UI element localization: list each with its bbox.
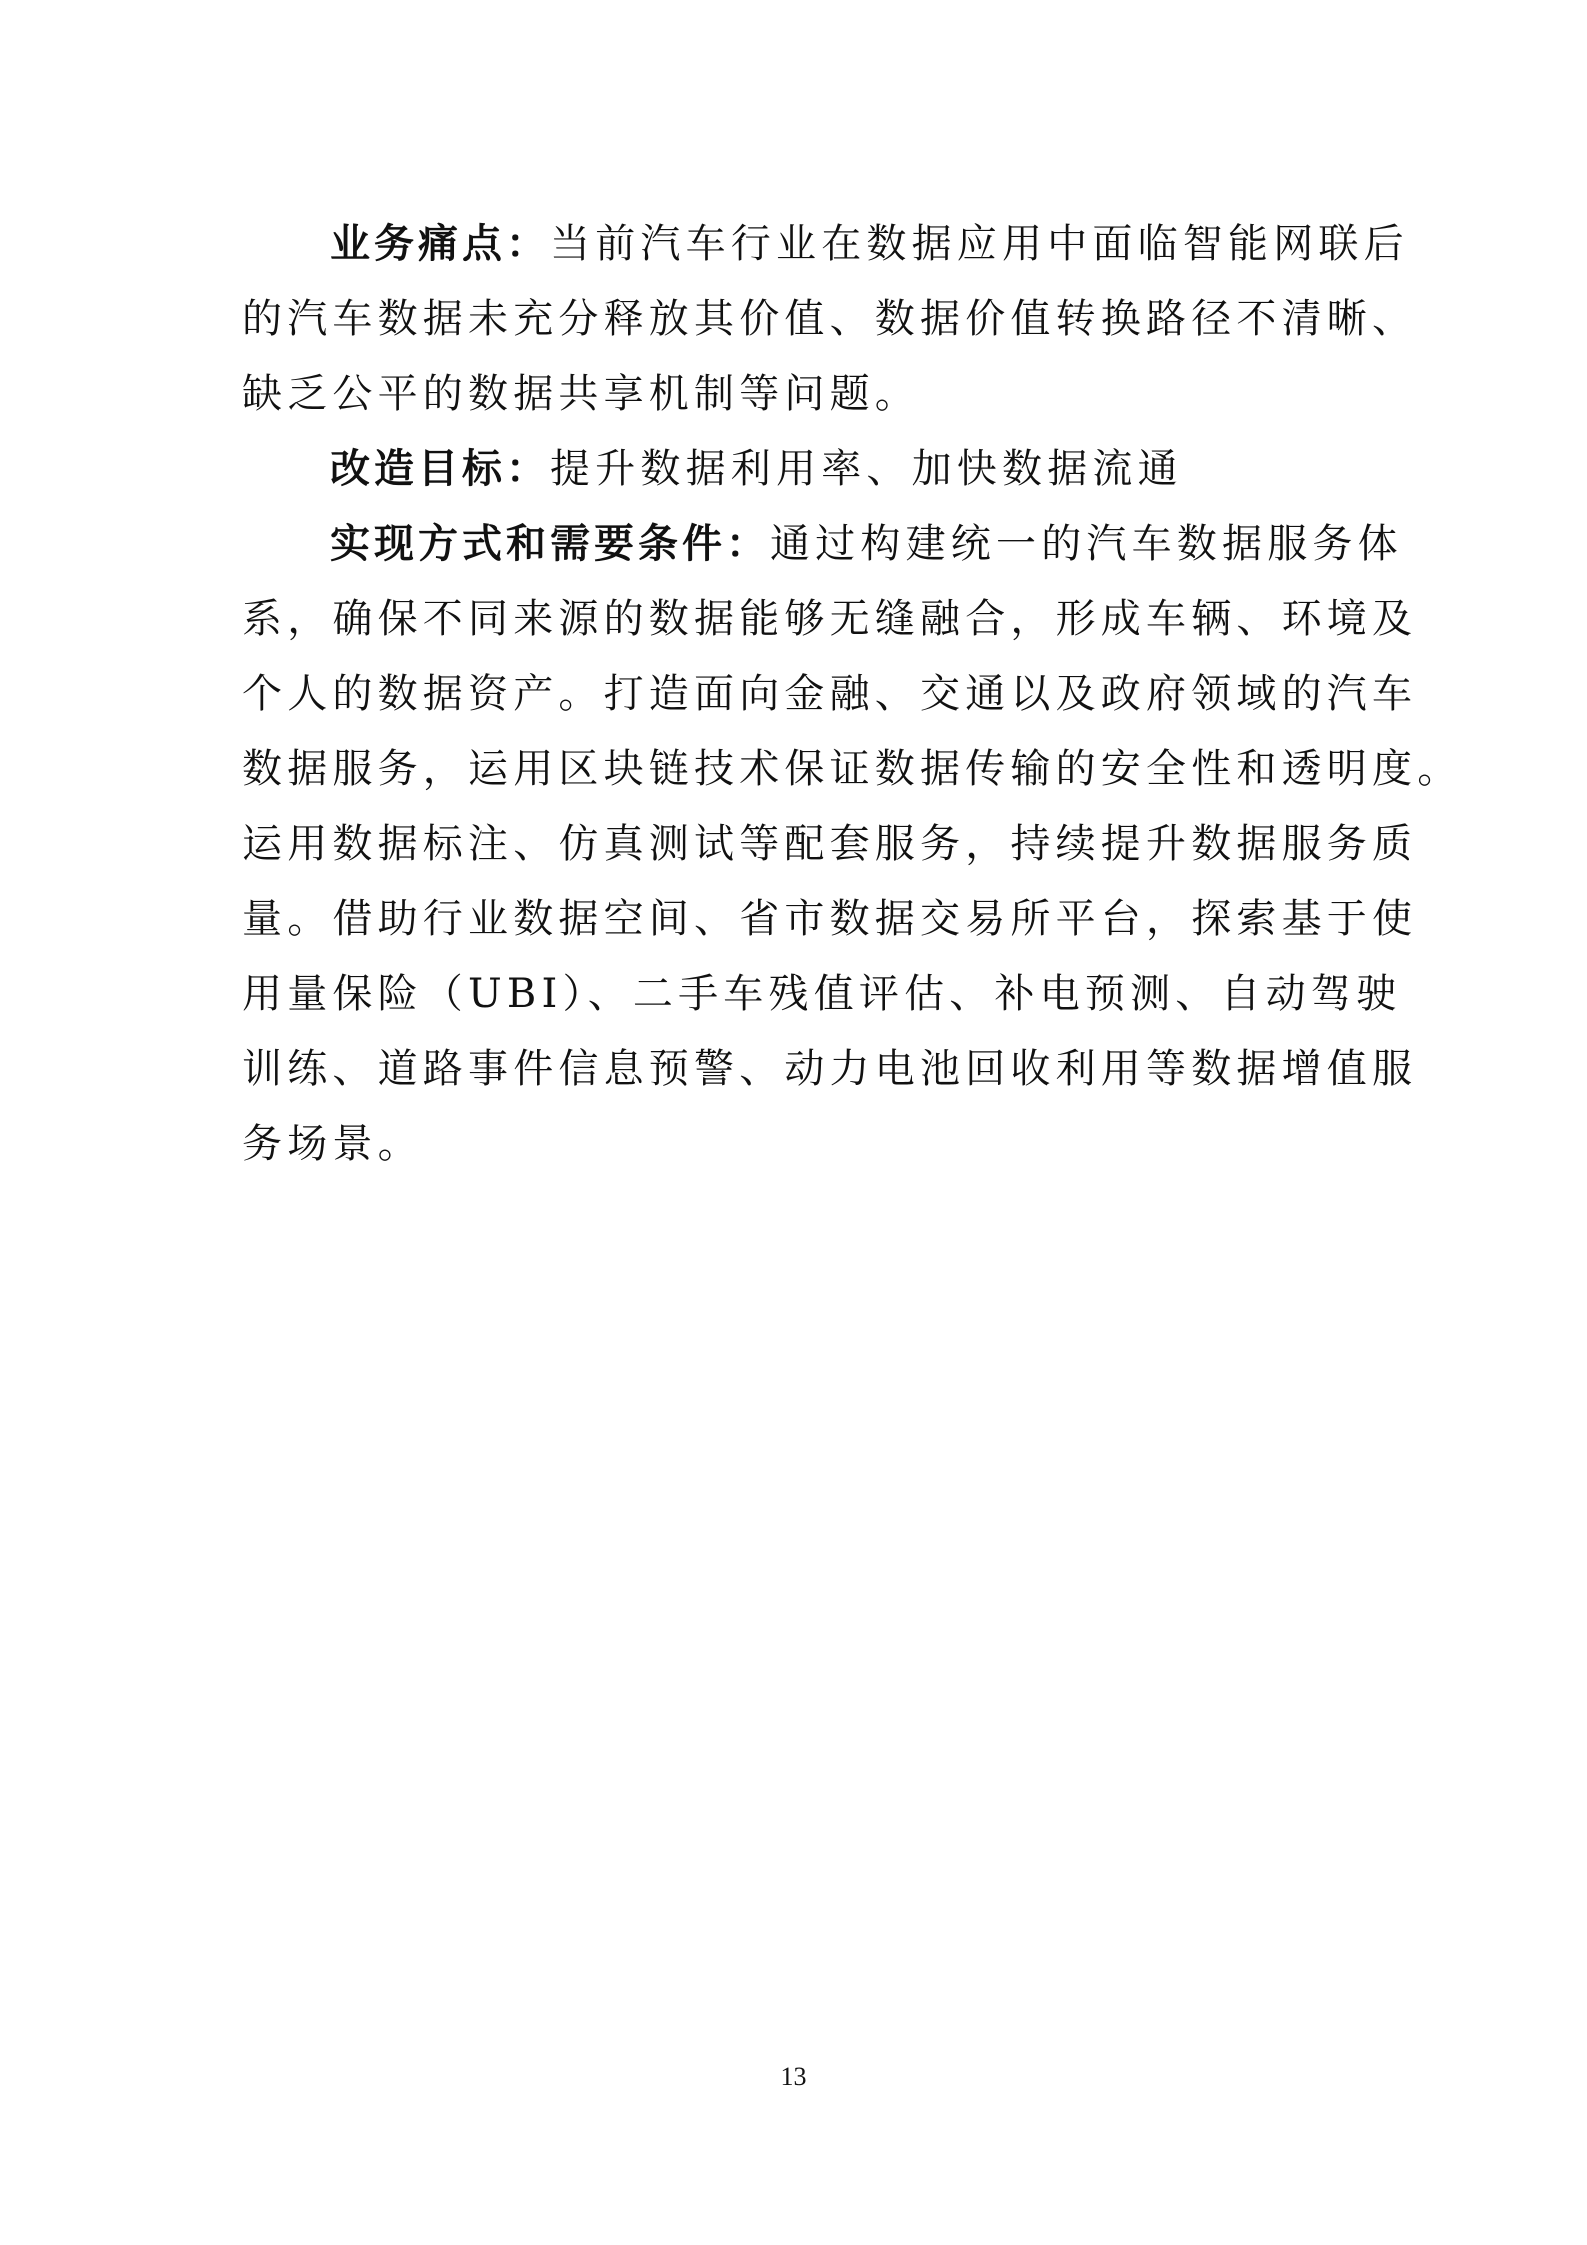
heading-goal: 改造目标：	[330, 446, 550, 492]
document-body: 业务痛点：当前汽车行业在数据应用中面临智能网联后 的汽车数据未充分释放其价值、数…	[242, 207, 1352, 1182]
paragraph-implementation-line-9: 务场景。	[242, 1107, 1352, 1182]
page-number: 13	[0, 2062, 1587, 2092]
text-span: 通过构建统一的汽车数据服务体	[770, 521, 1403, 567]
paragraph-implementation-line-1: 实现方式和需要条件：通过构建统一的汽车数据服务体	[242, 507, 1352, 582]
paragraph-implementation-line-4: 数据服务，运用区块链技术保证数据传输的安全性和透明度。	[242, 732, 1352, 807]
paragraph-implementation-line-2: 系，确保不同来源的数据能够无缝融合，形成车辆、环境及	[242, 582, 1352, 657]
text-span: 当前汽车行业在数据应用中面临智能网联后	[550, 221, 1409, 267]
heading-pain-points: 业务痛点：	[330, 221, 550, 267]
text-span: 提升数据利用率、加快数据流通	[550, 446, 1183, 492]
paragraph-implementation-line-8: 训练、道路事件信息预警、动力电池回收利用等数据增值服	[242, 1032, 1352, 1107]
paragraph-implementation-line-6: 量。借助行业数据空间、省市数据交易所平台，探索基于使	[242, 882, 1352, 957]
paragraph-pain-points-line-3: 缺乏公平的数据共享机制等问题。	[242, 357, 1352, 432]
heading-implementation: 实现方式和需要条件：	[330, 521, 770, 567]
paragraph-implementation-line-7: 用量保险（UBI）、二手车残值评估、补电预测、自动驾驶	[242, 957, 1352, 1032]
paragraph-pain-points-line-1: 业务痛点：当前汽车行业在数据应用中面临智能网联后	[242, 207, 1352, 282]
paragraph-pain-points-line-2: 的汽车数据未充分释放其价值、数据价值转换路径不清晰、	[242, 282, 1352, 357]
paragraph-goal-line-1: 改造目标：提升数据利用率、加快数据流通	[242, 432, 1352, 507]
document-page: 业务痛点：当前汽车行业在数据应用中面临智能网联后 的汽车数据未充分释放其价值、数…	[0, 0, 1587, 2245]
paragraph-implementation-line-3: 个人的数据资产。打造面向金融、交通以及政府领域的汽车	[242, 657, 1352, 732]
paragraph-implementation-line-5: 运用数据标注、仿真测试等配套服务，持续提升数据服务质	[242, 807, 1352, 882]
